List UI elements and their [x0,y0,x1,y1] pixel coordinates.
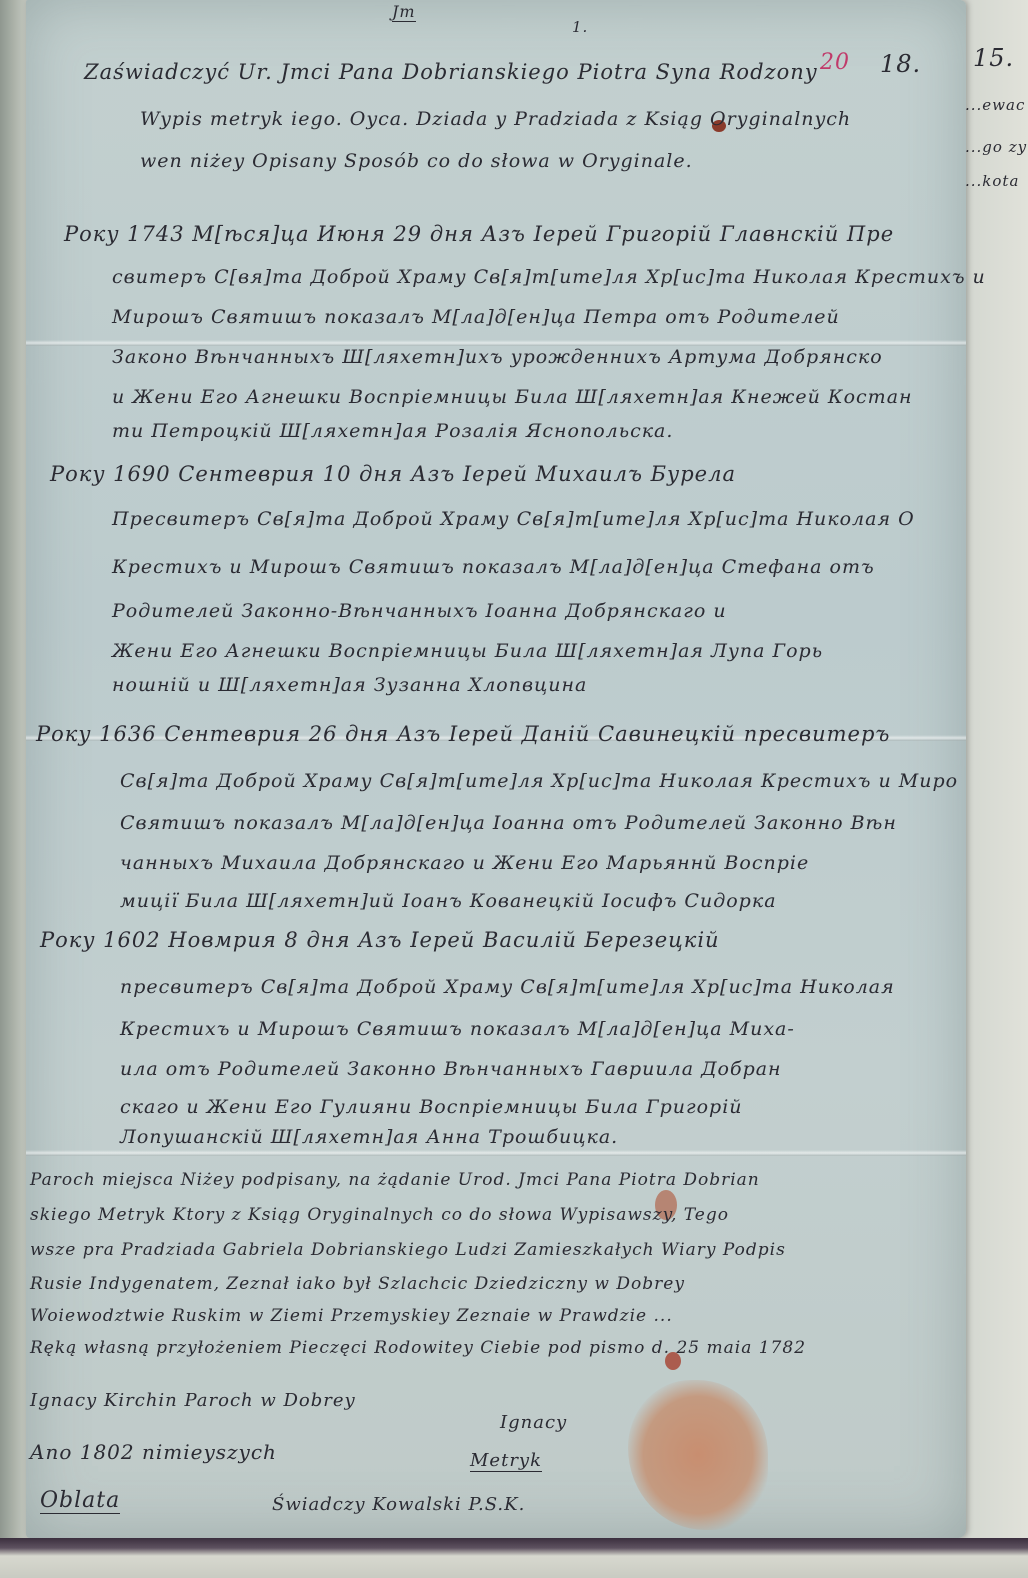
entry-1743-line: и Жени Его Агнешки Воспріемницы Била Ш[л… [112,386,913,408]
attestation-line: Rusie Indygenatem, Zeznał iako był Szlac… [30,1274,685,1294]
oblata-label: Oblata [40,1488,120,1513]
entry-1690-line: Родителей Законно-Вѣнчанныхъ Іоанна Добр… [112,600,727,622]
header-line: Wypis metryk iego. Oyca. Dziada y Pradzi… [140,108,851,130]
entry-1602-line: пресвитеръ Св[я]та Доброй Храму Св[я]т[и… [120,976,895,998]
header-line: wen niżey Opisany Sposób co do słowa w O… [140,150,693,172]
entry-1636-line: чанныхъ Михаила Добрянскаго и Жени Его М… [120,852,809,874]
entry-1636-line: миції Била Ш[ляхетн]ий Іоанъ Кованецкій … [120,890,777,912]
entry-1690-line: Року 1690 Сентеврия 10 дня Азъ Іерей Мих… [50,462,736,486]
entry-1602-line: Року 1602 Новмрия 8 дня Азъ Іерей Василі… [40,928,720,952]
adjacent-sheet: 15. ...ewac ...go zy ...kota [958,0,1028,1578]
folio-number-pink: 20 [820,50,850,75]
signature-name: Ignacy [500,1412,567,1433]
entry-1636-line: Св[я]та Доброй Храму Св[я]т[ите]ля Хр[ис… [120,770,958,792]
attestation-line: Woiewodztwie Ruskim w Ziemi Przemyskiey … [30,1306,673,1326]
signature-metryk: Metryk [470,1450,542,1471]
entry-1690-line: Жени Его Агнешки Воспріемницы Била Ш[лях… [112,640,823,662]
oblata-witness: Świadczy Kowalski P.S.K. [272,1494,525,1515]
entry-1690-line: Крестихъ и Мирошъ Святишъ показалъ М[ла]… [112,556,875,578]
entry-1636-line: Року 1636 Сентеврия 26 дня Азъ Іерей Дан… [36,722,890,746]
top-number: 1. [572,18,588,36]
attestation-line: Paroch miejsca Niżey podpisany, na żądan… [30,1170,760,1190]
entry-1636-line: Святишъ показалъ М[ла]д[ен]ца Іоанна отъ… [120,812,897,834]
margin-fragment: ...go zy [965,138,1027,156]
entry-1602-line: Крестихъ и Мирошъ Святишъ показалъ М[ла]… [120,1018,795,1040]
entry-1602-line: скаго и Жени Его Гулияни Воспріемницы Би… [120,1096,743,1118]
attestation-line: skiego Metryk Ktory z Ksiąg Oryginalnych… [30,1205,729,1225]
entry-1743-line: свитеръ С[вя]та Доброй Храму Св[я]т[ите]… [112,266,986,288]
fold-crease [26,1150,966,1156]
signature-priest: Ignacy Kirchin Paroch w Dobrey [30,1390,356,1411]
entry-1743-line: Мирошъ Святишъ показалъ М[ла]д[ен]ца Пет… [112,306,840,328]
entry-1602-line: ила отъ Родителей Законно Вѣнчанныхъ Гав… [120,1058,782,1080]
signature-date: Ano 1802 nimieyszych [30,1440,277,1464]
adjacent-page-number: 15. [973,44,1014,72]
margin-fragment: ...kota [965,172,1019,190]
entry-1690-line: Пресвитеръ Св[я]та Доброй Храму Св[я]т[и… [112,508,915,530]
header-line: Zaświadczyć Ur. Jmci Pana Dobrianskiego … [84,60,818,84]
entry-1743-line: Року 1743 М[ѣся]ца Июня 29 дня Азъ Іерей… [64,222,894,246]
entry-1743-line: Законо Вѣнчанныхъ Ш[ляхетн]ихъ урожденни… [112,346,883,368]
attestation-line: Ręką własną przyłożeniem Pieczęci Rodowi… [30,1338,806,1358]
attestation-line: wsze pra Pradziada Gabriela Dobrianskieg… [30,1240,786,1260]
entry-1690-line: ношній и Ш[ляхетн]ая Зузанна Хлопвцина [112,674,587,696]
entry-1602-line: Лопушанскій Ш[ляхетн]ая Анна Трошбицка. [120,1126,618,1148]
folio-number: 18. [880,50,921,78]
entry-1743-line: ти Петроцкій Ш[ляхетн]ая Розалія Яснопол… [112,420,673,442]
page-bottom-edge [0,1538,1028,1578]
margin-fragment: ...ewac [965,96,1025,114]
top-mark: Jm [392,2,416,21]
